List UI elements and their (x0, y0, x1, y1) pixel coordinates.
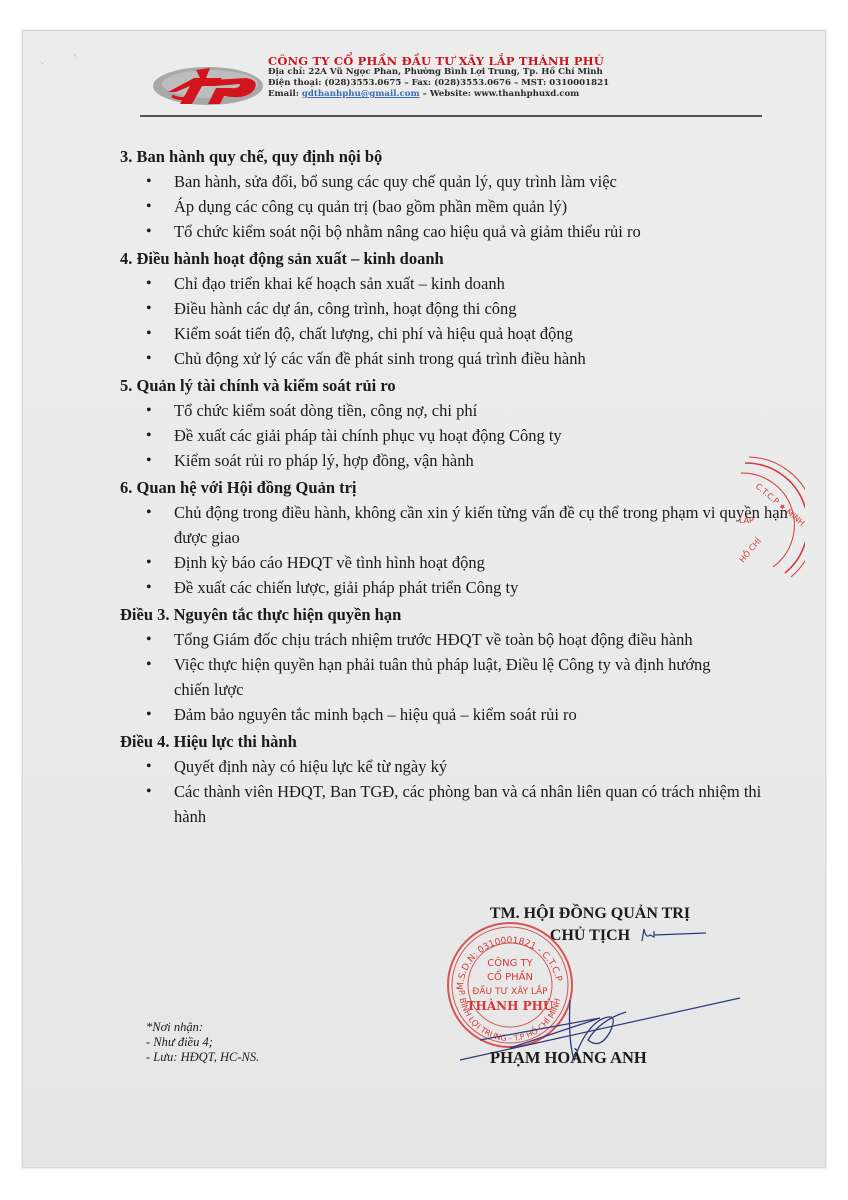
company-address: Địa chỉ: 22A Vũ Ngọc Phan, Phường Bình L… (268, 67, 609, 78)
recipient-line: - Như điều 4; (146, 1035, 259, 1050)
side-stamp-inner: LẮP (739, 513, 754, 525)
list-item: Điều hành các dự án, công trình, hoạt độ… (120, 296, 800, 321)
list-item: Đề xuất các giải pháp tài chính phục vụ … (120, 423, 800, 448)
company-logo-icon (150, 56, 268, 110)
company-contact-line: Email: gdthanhphu@gmail.com – Website: w… (268, 89, 609, 100)
list-item: Việc thực hiện quyền hạn phải tuân thủ p… (120, 652, 734, 702)
section-title: Điều 3. Nguyên tắc thực hiện quyền hạn (120, 603, 800, 627)
section-3: 3. Ban hành quy chế, quy định nội bộ Ban… (120, 145, 800, 244)
list-item: Tổng Giám đốc chịu trách nhiệm trước HĐQ… (120, 627, 800, 652)
company-info: CÔNG TY CỔ PHẦN ĐẦU TƯ XÂY LẮP THÀNH PHÚ… (268, 55, 609, 100)
list-item: Chỉ đạo triển khai kế hoạch sản xuất – k… (120, 271, 800, 296)
article-3: Điều 3. Nguyên tắc thực hiện quyền hạn T… (120, 603, 800, 727)
side-stamp-icon: C.T.C.P ★ MINH LẮP HỒ CHÍ (735, 455, 805, 585)
list-item: Áp dụng các công cụ quản trị (bao gồm ph… (120, 194, 800, 219)
company-name: CÔNG TY CỔ PHẦN ĐẦU TƯ XÂY LẮP THÀNH PHÚ (268, 55, 609, 67)
list-item: Tổ chức kiểm soát dòng tiền, công nợ, ch… (120, 398, 800, 423)
side-stamp-bottom: HỒ CHÍ (735, 534, 763, 564)
section-title: 4. Điều hành hoạt động sản xuất – kinh d… (120, 247, 800, 271)
section-6: 6. Quan hệ với Hội đồng Quản trị Chủ độn… (120, 476, 800, 600)
letterhead: CÔNG TY CỔ PHẦN ĐẦU TƯ XÂY LẮP THÀNH PHÚ… (150, 52, 790, 114)
email-link[interactable]: gdthanhphu@gmail.com (302, 89, 420, 99)
list-item: Tổ chức kiểm soát nội bộ nhằm nâng cao h… (120, 219, 800, 244)
list-item: Kiểm soát rủi ro pháp lý, hợp đồng, vận … (120, 448, 800, 473)
recipients-block: *Nơi nhận: - Như điều 4; - Lưu: HĐQT, HC… (146, 1020, 259, 1065)
initials-mark-icon (640, 925, 710, 945)
list-item: Định kỳ báo cáo HĐQT về tình hình hoạt đ… (120, 550, 800, 575)
list-item: Ban hành, sửa đổi, bổ sung các quy chế q… (120, 169, 800, 194)
recipients-title: *Nơi nhận: (146, 1020, 259, 1035)
list-item: Kiểm soát tiến độ, chất lượng, chi phí v… (120, 321, 800, 346)
list-item: Quyết định này có hiệu lực kể từ ngày ký (120, 754, 800, 779)
list-item: Đảm bảo nguyên tắc minh bạch – hiệu quả … (120, 702, 800, 727)
document-body: 3. Ban hành quy chế, quy định nội bộ Ban… (120, 145, 800, 832)
section-5: 5. Quản lý tài chính và kiểm soát rủi ro… (120, 374, 800, 473)
recipient-line: - Lưu: HĐQT, HC-NS. (146, 1050, 259, 1065)
section-title: Điều 4. Hiệu lực thi hành (120, 730, 800, 754)
list-item: Các thành viên HĐQT, Ban TGĐ, các phòng … (120, 779, 774, 829)
website-link[interactable]: www.thanhphuxd.com (474, 89, 579, 99)
list-item: Đề xuất các chiến lược, giải pháp phát t… (120, 575, 800, 600)
company-phone-line: Điện thoại: (028)3553.0675 – Fax: (028)3… (268, 78, 609, 89)
article-4: Điều 4. Hiệu lực thi hành Quyết định này… (120, 730, 800, 829)
list-item: Chủ động trong điều hành, không cần xin … (120, 500, 794, 550)
list-item: Chủ động xử lý các vấn đề phát sinh tron… (120, 346, 800, 371)
signer-name: PHẠM HOÀNG ANH (490, 1048, 647, 1068)
section-title: 5. Quản lý tài chính và kiểm soát rủi ro (120, 374, 800, 398)
section-4: 4. Điều hành hoạt động sản xuất – kinh d… (120, 247, 800, 371)
website-label: – Website: (420, 89, 474, 99)
section-title: 6. Quan hệ với Hội đồng Quản trị (120, 476, 800, 500)
header-divider (140, 115, 762, 117)
email-label: Email: (268, 89, 302, 99)
section-title: 3. Ban hành quy chế, quy định nội bộ (120, 145, 800, 169)
